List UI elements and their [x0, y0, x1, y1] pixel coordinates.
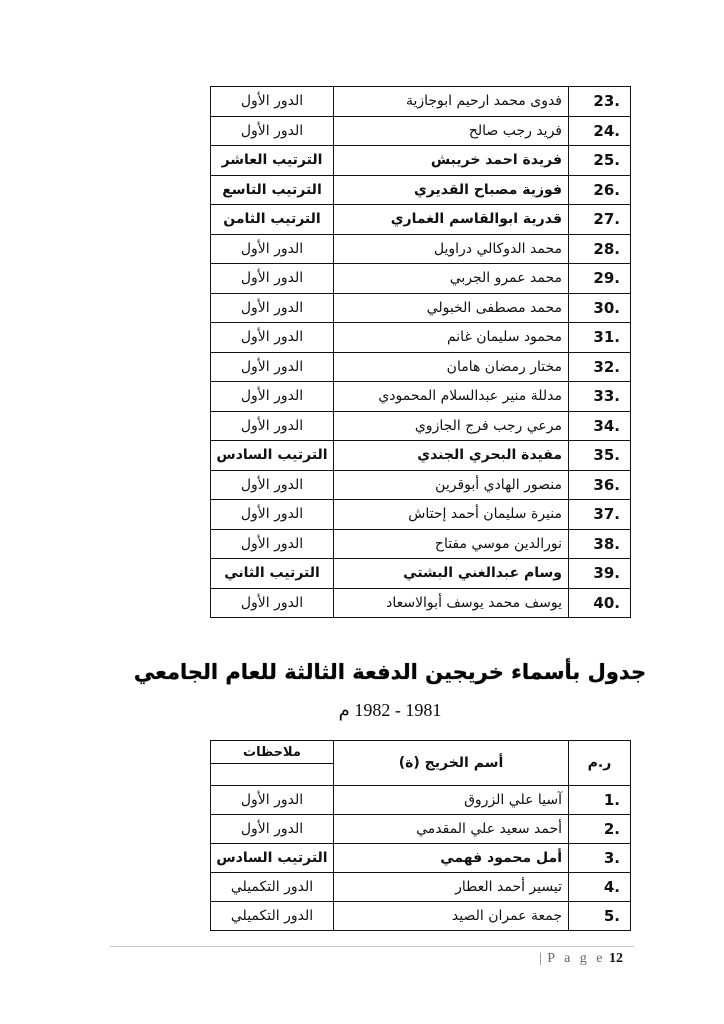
row-serial-number: 38. — [569, 529, 631, 559]
row-serial-number: 31. — [569, 323, 631, 353]
note-cell: الدور الأول — [211, 786, 334, 815]
row-serial-number: 35. — [569, 441, 631, 471]
table-row: 36.منصور الهادي أبوقرينالدور الأول — [211, 470, 631, 500]
document-page: 23.فدوى محمد ارحيم ابوجازيةالدور الأول24… — [0, 0, 724, 1024]
graduate-name: مدللة منير عبدالسلام المحمودي — [334, 382, 569, 412]
footer-page-number: 12 — [609, 951, 623, 966]
table-row: 33.مدللة منير عبدالسلام المحموديالدور ال… — [211, 382, 631, 412]
page-footer: | P a g e 12 — [110, 951, 623, 967]
graduate-name: قدرية ابوالقاسم الغماري — [334, 205, 569, 235]
section-subtitle: 1981 - 1982 م — [120, 700, 660, 721]
graduate-name: مختار رمضان هامان — [334, 352, 569, 382]
note-cell: الدور التكميلي — [211, 902, 334, 931]
graduates-table-continued: 23.فدوى محمد ارحيم ابوجازيةالدور الأول24… — [210, 86, 631, 618]
footer-page-label: P a g e — [547, 951, 605, 966]
note-cell: الترتيب الثاني — [211, 559, 334, 589]
note-cell: الترتيب السادس — [211, 844, 334, 873]
table-row: 5.جمعة عمران الصيدالدور التكميلي — [211, 902, 631, 931]
row-serial-number: 37. — [569, 500, 631, 530]
table-row: 37.منيرة سليمان أحمد إحتاشالدور الأول — [211, 500, 631, 530]
row-serial-number: 34. — [569, 411, 631, 441]
table-row: 31.محمود سليمان غانمالدور الأول — [211, 323, 631, 353]
table-row: 4.تيسير أحمد العطارالدور التكميلي — [211, 873, 631, 902]
header-notes: ملاحظات — [211, 741, 334, 764]
graduate-name: تيسير أحمد العطار — [334, 873, 569, 902]
note-cell: الدور الأول — [211, 293, 334, 323]
table-row: 2.أحمد سعيد علي المقدميالدور الأول — [211, 815, 631, 844]
graduate-name: أحمد سعيد علي المقدمي — [334, 815, 569, 844]
header-graduate-name: أسم الخريج (ة) — [334, 741, 569, 786]
table-row: 28.محمد الدوكالي دراويلالدور الأول — [211, 234, 631, 264]
note-cell: الدور الأول — [211, 815, 334, 844]
row-serial-number: 24. — [569, 116, 631, 146]
graduate-name: آسيا علي الزروق — [334, 786, 569, 815]
header-serial-number: ر.م — [569, 741, 631, 786]
graduate-name: محمد الدوكالي دراويل — [334, 234, 569, 264]
note-cell: الترتيب الثامن — [211, 205, 334, 235]
row-serial-number: 23. — [569, 87, 631, 117]
graduate-name: محمود سليمان غانم — [334, 323, 569, 353]
row-serial-number: 30. — [569, 293, 631, 323]
graduates-table-batch3: ر.م أسم الخريج (ة) ملاحظات 1.آسيا علي ال… — [210, 740, 631, 931]
graduate-name: منصور الهادي أبوقرين — [334, 470, 569, 500]
table-row: 25.فريدة احمد خريبشالترتيب العاشر — [211, 146, 631, 176]
note-cell: الدور الأول — [211, 323, 334, 353]
graduate-name: فريدة احمد خريبش — [334, 146, 569, 176]
row-serial-number: 39. — [569, 559, 631, 589]
row-serial-number: 25. — [569, 146, 631, 176]
graduate-name: محمد مصطفى الخبولي — [334, 293, 569, 323]
row-serial-number: 27. — [569, 205, 631, 235]
row-serial-number: 2. — [569, 815, 631, 844]
table-row: 23.فدوى محمد ارحيم ابوجازيةالدور الأول — [211, 87, 631, 117]
graduate-name: مفيدة البحري الجندي — [334, 441, 569, 471]
row-serial-number: 3. — [569, 844, 631, 873]
footer-separator-line — [110, 946, 634, 947]
table-row: 35.مفيدة البحري الجنديالترتيب السادس — [211, 441, 631, 471]
note-cell: الدور الأول — [211, 352, 334, 382]
table-row: 26.فوزية مصباح القديريالترتيب التاسع — [211, 175, 631, 205]
row-serial-number: 33. — [569, 382, 631, 412]
graduate-name: أمل محمود فهمي — [334, 844, 569, 873]
section-title: جدول بأسماء خريجين الدفعة الثالثة للعام … — [120, 660, 660, 684]
row-serial-number: 28. — [569, 234, 631, 264]
row-serial-number: 26. — [569, 175, 631, 205]
graduate-name: فدوى محمد ارحيم ابوجازية — [334, 87, 569, 117]
note-cell: الدور الأول — [211, 470, 334, 500]
table-row: 27.قدرية ابوالقاسم الغماريالترتيب الثامن — [211, 205, 631, 235]
graduate-name: فريد رجب صالح — [334, 116, 569, 146]
graduate-name: جمعة عمران الصيد — [334, 902, 569, 931]
row-serial-number: 40. — [569, 588, 631, 618]
header-notes-empty-cell — [211, 764, 334, 786]
note-cell: الدور الأول — [211, 500, 334, 530]
note-cell: الدور الأول — [211, 116, 334, 146]
note-cell: الدور الأول — [211, 529, 334, 559]
table-row: 34.مرعي رجب فرج الجازويالدور الأول — [211, 411, 631, 441]
row-serial-number: 32. — [569, 352, 631, 382]
row-serial-number: 29. — [569, 264, 631, 294]
graduate-name: نورالدين موسي مفتاح — [334, 529, 569, 559]
table-row: 29.محمد عمرو الجربيالدور الأول — [211, 264, 631, 294]
graduate-name: مرعي رجب فرج الجازوي — [334, 411, 569, 441]
table-row: 32.مختار رمضان هامانالدور الأول — [211, 352, 631, 382]
graduate-name: وسام عبدالغني البشتي — [334, 559, 569, 589]
table-row: 3.أمل محمود فهميالترتيب السادس — [211, 844, 631, 873]
table-row: 40.يوسف محمد يوسف أبوالاسعادالدور الأول — [211, 588, 631, 618]
graduate-name: فوزية مصباح القديري — [334, 175, 569, 205]
note-cell: الترتيب التاسع — [211, 175, 334, 205]
note-cell: الدور الأول — [211, 87, 334, 117]
graduate-name: منيرة سليمان أحمد إحتاش — [334, 500, 569, 530]
row-serial-number: 4. — [569, 873, 631, 902]
table-header-row: ر.م أسم الخريج (ة) ملاحظات — [211, 741, 631, 764]
graduate-name: يوسف محمد يوسف أبوالاسعاد — [334, 588, 569, 618]
row-serial-number: 36. — [569, 470, 631, 500]
note-cell: الترتيب العاشر — [211, 146, 334, 176]
note-cell: الدور التكميلي — [211, 873, 334, 902]
row-serial-number: 1. — [569, 786, 631, 815]
note-cell: الدور الأول — [211, 382, 334, 412]
table-row: 1.آسيا علي الزروقالدور الأول — [211, 786, 631, 815]
table-row: 38.نورالدين موسي مفتاحالدور الأول — [211, 529, 631, 559]
note-cell: الدور الأول — [211, 234, 334, 264]
table-row: 30.محمد مصطفى الخبوليالدور الأول — [211, 293, 631, 323]
table-row: 39.وسام عبدالغني البشتيالترتيب الثاني — [211, 559, 631, 589]
note-cell: الترتيب السادس — [211, 441, 334, 471]
table-row: 24.فريد رجب صالحالدور الأول — [211, 116, 631, 146]
footer-divider: | — [539, 951, 542, 966]
note-cell: الدور الأول — [211, 411, 334, 441]
row-serial-number: 5. — [569, 902, 631, 931]
note-cell: الدور الأول — [211, 264, 334, 294]
graduate-name: محمد عمرو الجربي — [334, 264, 569, 294]
note-cell: الدور الأول — [211, 588, 334, 618]
